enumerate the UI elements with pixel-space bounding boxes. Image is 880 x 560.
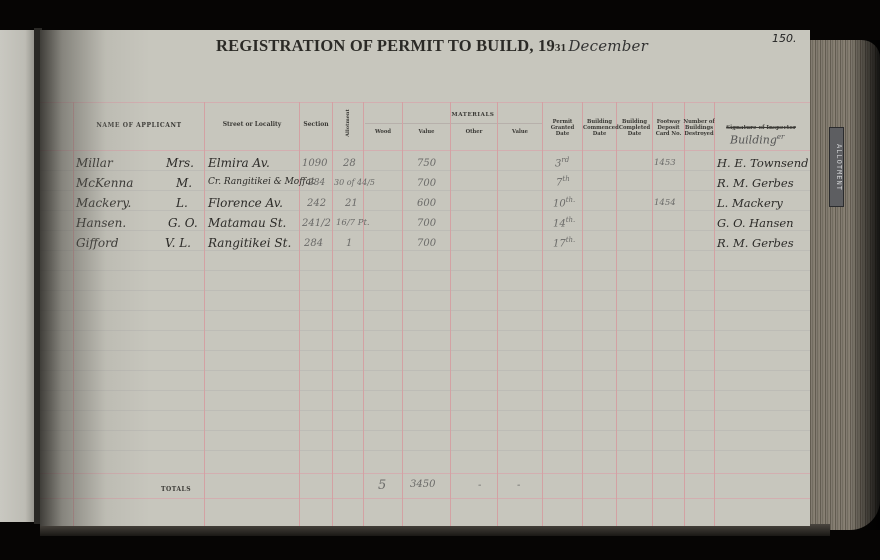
row-3-section: 242 [307,198,326,209]
title-year: 31 [555,42,566,54]
row-rule [40,330,810,331]
row-3-street: Florence Av. [208,196,283,210]
totals-label: TOTALS [161,486,191,493]
col-rule [714,102,715,526]
row-5-allotment: 1 [346,238,352,249]
row-4-section: 241/2 [302,218,331,229]
row-5-surname: Gifford [76,236,119,250]
row-3-permit-date: 10th. [553,196,575,209]
row-2-allotment: 30 of 44/5 [334,178,375,187]
row-1-initials: Mrs. [166,156,194,170]
row-5-signature: R. M. Gerbes [717,236,794,250]
row-2-surname: McKenna [76,176,133,190]
header-line: Card No. [653,131,684,137]
header-buildings-destroyed: Number of Buildings Destroyed [683,119,715,137]
row-rule [40,430,810,431]
header-wood: Wood [364,129,402,135]
row-3-allotment: 21 [345,198,358,209]
header-value: Value [403,129,450,135]
totals-value: 3450 [410,479,435,490]
col-rule [363,102,364,526]
col-rule [542,102,543,526]
col-rule [616,102,617,526]
header-top-rule [40,102,810,103]
row-rule [40,370,810,371]
row-2-value: 700 [417,178,436,189]
row-4-value: 700 [417,218,436,229]
header-other: Other [451,129,497,135]
date-suffix: th. [566,236,576,244]
row-rule [40,210,810,211]
row-4-initials: G. O. [168,216,198,230]
row-rule [40,170,810,171]
date-suffix: th. [566,196,576,204]
header-permit-granted: Permit Granted Date [543,119,582,137]
row-3-surname: Mackery. [76,196,131,210]
header-signature-of-inspector: Signature of Inspector [716,125,806,131]
row-3-value: 600 [417,198,436,209]
row-rule [40,310,810,311]
row-5-street: Rangitikei St. [208,236,291,250]
date-suffix: th. [566,216,576,224]
col-rule [582,102,583,526]
col-rule [684,102,685,526]
row-2-permit-date: 7th [556,175,570,188]
col-rule [204,102,205,526]
row-2-street: Cr. Rangitikei & Moffat [208,177,315,187]
header-line: Destroyed [683,131,715,137]
row-4-allotment: 16/7 Pt. [336,218,370,228]
totals-bottom-rule [40,498,810,499]
row-1-allotment: 28 [343,158,356,169]
left-page-edge [0,30,36,522]
col-rule [73,102,74,526]
header-value-other: Value [498,129,542,135]
row-1-signature: H. E. Townsend [717,156,808,170]
col-rule [402,102,403,526]
header-line: Date [617,131,652,137]
row-rule [40,190,810,191]
header-section: Section [300,122,332,128]
totals-top-rule [40,473,810,474]
row-4-permit-date: 14th. [553,216,575,229]
row-rule [40,410,810,411]
header-materials: MATERIALS [364,112,582,118]
col-rule [299,102,300,526]
materials-divider [365,123,542,124]
row-1-section: 1090 [302,158,327,169]
title-month: December [568,37,648,55]
totals-value-other: - [517,480,520,491]
row-1-permit-date: 3rd [555,156,569,169]
date-day: 17 [553,238,566,249]
date-day: 10 [553,198,566,209]
header-footway-deposit: Footway Deposit Card No. [653,119,684,137]
header-allotment: Allotment [345,103,351,143]
date-suffix: th [562,175,569,183]
page-number: 150. [772,32,797,45]
row-2-signature: R. M. Gerbes [717,176,794,190]
row-rule [40,390,810,391]
page-edges-shadow [850,40,880,530]
row-rule [40,350,810,351]
col-rule [652,102,653,526]
header-line: Date [543,131,582,137]
row-4-signature: G. O. Hansen [717,216,794,230]
row-1-footway-card: 1453 [654,158,676,168]
header-building-completed: Building Completed Date [617,119,652,137]
ledger-page: NAME OF APPLICANT Street or Locality Sec… [40,30,810,526]
row-1-surname: Millar [76,156,113,170]
totals-wood: 5 [378,478,386,493]
row-rule [40,230,810,231]
header-signature-handwritten: Buildinger [730,133,784,147]
row-5-permit-date: 17th. [553,236,575,249]
row-3-initials: L. [176,196,188,210]
row-5-section: 284 [304,238,323,249]
header-name-of-applicant: NAME OF APPLICANT [74,122,204,129]
row-rule [40,450,810,451]
page-title: REGISTRATION OF PERMIT TO BUILD, 1931Dec… [216,36,648,56]
row-4-street: Matamau St. [208,216,286,230]
totals-other: - [478,480,481,491]
row-5-initials: V. L. [165,236,191,250]
date-day: 14 [553,218,566,229]
gutter-shadow [40,30,150,526]
row-4-surname: Hansen. [76,216,126,230]
header-bottom-rule [40,150,810,151]
row-1-value: 750 [417,158,436,169]
index-tab[interactable]: ALLOTMENT [829,127,844,207]
row-5-value: 700 [417,238,436,249]
title-text: REGISTRATION OF PERMIT TO BUILD, 19 [216,36,555,55]
row-3-footway-card: 1454 [654,198,676,208]
row-2-section: 284 [308,178,325,188]
row-2-initials: M. [176,176,192,190]
row-rule [40,250,810,251]
header-handwritten-text: Building [730,134,777,147]
col-rule [497,102,498,526]
header-line: Date [583,131,616,137]
col-rule [332,102,333,526]
row-3-signature: L. Mackery [717,196,783,210]
header-building-commenced: Building Commenced Date [583,119,616,137]
row-1-street: Elmira Av. [208,156,270,170]
header-handwritten-sup: er [777,133,785,141]
header-street: Street or Locality [205,122,299,128]
row-rule [40,270,810,271]
date-suffix: rd [561,156,569,164]
col-rule [450,102,451,526]
row-rule [40,290,810,291]
